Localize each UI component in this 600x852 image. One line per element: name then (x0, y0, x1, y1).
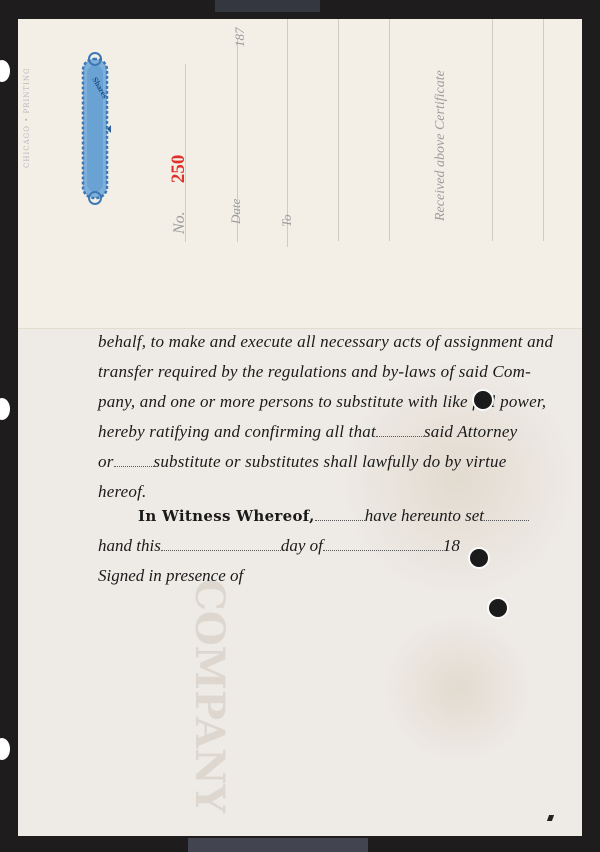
text-line: hereof. (98, 477, 548, 507)
stub-rule (287, 19, 288, 247)
certificate-paper: COMPANY CHICAGO • PRINTING Shares No. 25… (18, 19, 582, 836)
cancellation-punch-hole (474, 391, 492, 409)
hand-date-line: hand thisday of18 (98, 536, 460, 556)
day-blank (161, 540, 281, 551)
stub-rule (543, 19, 544, 241)
printer-imprint: CHICAGO • PRINTING (20, 39, 28, 169)
month-blank (323, 540, 443, 551)
mounting-tape-top (215, 0, 320, 12)
blank-line (484, 510, 529, 521)
paper-stain (378, 619, 538, 759)
shares-vignette-icon: Shares (77, 51, 113, 206)
blank-line (315, 510, 365, 521)
mounting-tape-bottom (188, 838, 368, 852)
text-line: orsubstitute or substitutes shall lawful… (98, 447, 548, 477)
transfer-text: behalf, to make and execute all necessar… (98, 327, 548, 507)
year-prefix: 187 (229, 28, 248, 48)
cancellation-punch-hole (489, 599, 507, 617)
binder-hole-middle (0, 398, 10, 420)
cancellation-punch-hole (470, 549, 488, 567)
to-field: To (276, 214, 295, 227)
certificate-stub: CHICAGO • PRINTING Shares No. 250 Date 1… (18, 19, 582, 329)
ink-mark (547, 815, 554, 821)
signed-presence-line: Signed in presence of (98, 566, 243, 586)
stub-rule (389, 19, 390, 241)
binder-hole-bottom (0, 738, 10, 760)
blank-line (114, 456, 154, 467)
text-line: behalf, to make and execute all necessar… (98, 327, 548, 357)
text-line: hereby ratifying and confirming all that… (98, 417, 548, 447)
text-line: transfer required by the regulations and… (98, 357, 548, 387)
blank-line (376, 426, 424, 437)
date-field: Date (225, 199, 244, 224)
stub-rule (492, 19, 493, 241)
stub-rule (338, 19, 339, 241)
certificate-number: 250 (168, 155, 189, 184)
received-certificate-label: Received above Certificate (429, 70, 449, 221)
certificate-number-field: No. 250 (168, 155, 190, 234)
witness-heading: In Witness Whereof, (138, 507, 315, 525)
binder-hole-top (0, 60, 10, 82)
witness-line: In Witness Whereof,have hereunto set (138, 506, 529, 526)
bleed-through-text: COMPANY (186, 579, 233, 813)
